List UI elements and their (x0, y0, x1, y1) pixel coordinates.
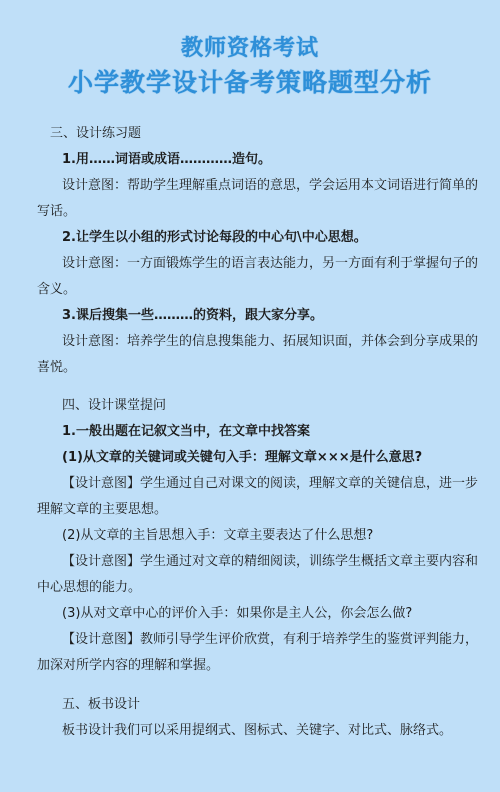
s5-body: 板书设计我们可以采用提纲式、图标式、关键字、对比式、脉络式。 (62, 722, 452, 740)
s3-intent-1-line-1: 设计意图：帮助学生理解重点词语的意思，学会运用本文词语进行简单的 (62, 177, 478, 195)
s4-intent-1-line-1: 【设计意图】学生通过自己对课文的阅读，理解文章的关键信息，进一步 (62, 475, 478, 493)
title-line-2: 小学教学设计备考策略题型分析 (0, 66, 500, 100)
section-3-heading: 三、设计练习题 (50, 125, 141, 143)
s3-question-3: 3.课后搜集一些………的资料，跟大家分享。 (62, 307, 323, 325)
s3-intent-3-line-1: 设计意图：培养学生的信息搜集能力、拓展知识面，并体会到分享成果的 (62, 333, 478, 351)
s3-intent-2-line-1: 设计意图：一方面锻炼学生的语言表达能力，另一方面有利于掌握句子的 (62, 255, 478, 273)
s3-question-1: 1.用……词语或成语…………造句。 (62, 151, 271, 169)
s4-intent-2-line-1: 【设计意图】学生通过对文章的精细阅读，训练学生概括文章主要内容和 (62, 553, 478, 571)
s3-question-2: 2.让学生以小组的形式讨论每段的中心句\中心思想。 (62, 229, 367, 247)
s3-intent-3-line-2: 喜悦。 (37, 359, 76, 377)
s4-intent-1-line-2: 理解文章的主要思想。 (37, 501, 167, 519)
s4-intent-2-line-2: 中心思想的能力。 (37, 579, 141, 597)
title-line-1: 教师资格考试 (0, 34, 500, 64)
s4-intent-3-line-2: 加深对所学内容的理解和掌握。 (37, 657, 219, 675)
section-4-heading: 四、设计课堂提问 (62, 397, 166, 415)
s3-intent-2-line-2: 含义。 (37, 281, 76, 299)
s4-question-3: (3)从对文章中心的评价入手：如果你是主人公，你会怎么做? (62, 605, 412, 623)
s4-intent-3-line-1: 【设计意图】教师引导学生评价欣赏，有利于培养学生的鉴赏评判能力， (62, 631, 478, 649)
s4-intro: 1.一般出题在记叙文当中，在文章中找答案 (62, 423, 310, 441)
document-title: 教师资格考试 小学教学设计备考策略题型分析 (0, 34, 500, 100)
section-5-heading: 五、板书设计 (62, 696, 140, 714)
s3-intent-1-line-2: 写话。 (37, 203, 76, 221)
s4-question-1: (1)从文章的关键词或关键句入手：理解文章×××是什么意思? (62, 449, 422, 467)
s4-question-2: (2)从文章的主旨思想入手：文章主要表达了什么思想? (62, 527, 373, 545)
